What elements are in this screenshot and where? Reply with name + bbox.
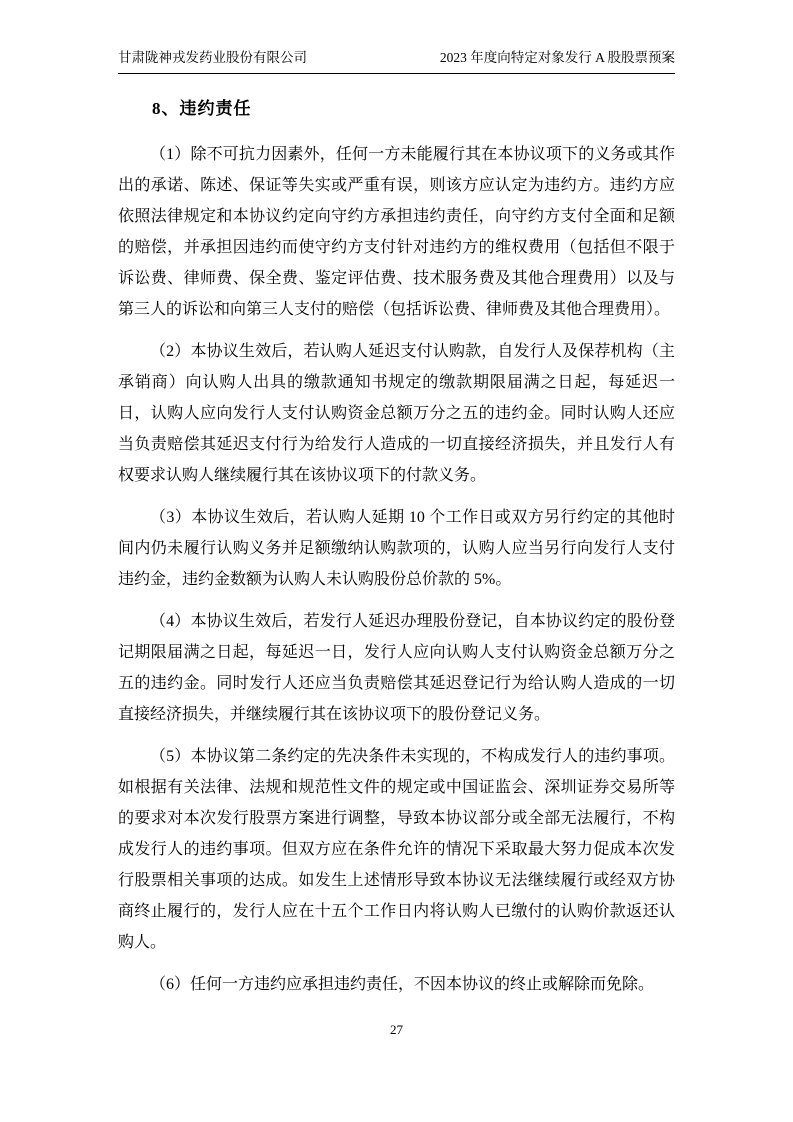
page-number: 27: [390, 1022, 403, 1037]
paragraph-6: （6）任何一方违约应承担违约责任，不因本协议的终止或解除而免除。: [118, 969, 675, 1000]
paragraph-3: （3）本协议生效后，若认购人延期 10 个工作日或双方另行约定的其他时间内仍未履…: [118, 502, 675, 595]
page-footer: 27: [0, 1022, 793, 1038]
paragraph-5: （5）本协议第二条约定的先决条件未实现的，不构成发行人的违约事项。如根据有关法律…: [118, 741, 675, 958]
document-body: 8、违约责任 （1）除不可抗力因素外，任何一方未能履行其在本协议项下的义务或其作…: [118, 80, 675, 1011]
paragraph-4: （4）本协议生效后，若发行人延迟办理股份登记，自本协议约定的股份登记期限届满之日…: [118, 606, 675, 730]
header-document-title: 2023 年度向特定对象发行 A 股股票预案: [440, 48, 675, 68]
paragraph-2: （2）本协议生效后，若认购人延迟支付认购款，自发行人及保荐机构（主承销商）向认购…: [118, 336, 675, 491]
header-company-name: 甘肃陇神戎发药业股份有限公司: [118, 48, 307, 68]
document-page: 甘肃陇神戎发药业股份有限公司 2023 年度向特定对象发行 A 股股票预案 8、…: [0, 0, 793, 1122]
section-heading: 8、违约责任: [118, 94, 675, 119]
paragraph-1: （1）除不可抗力因素外，任何一方未能履行其在本协议项下的义务或其作出的承诺、陈述…: [118, 139, 675, 325]
running-header: 甘肃陇神戎发药业股份有限公司 2023 年度向特定对象发行 A 股股票预案: [118, 48, 675, 74]
